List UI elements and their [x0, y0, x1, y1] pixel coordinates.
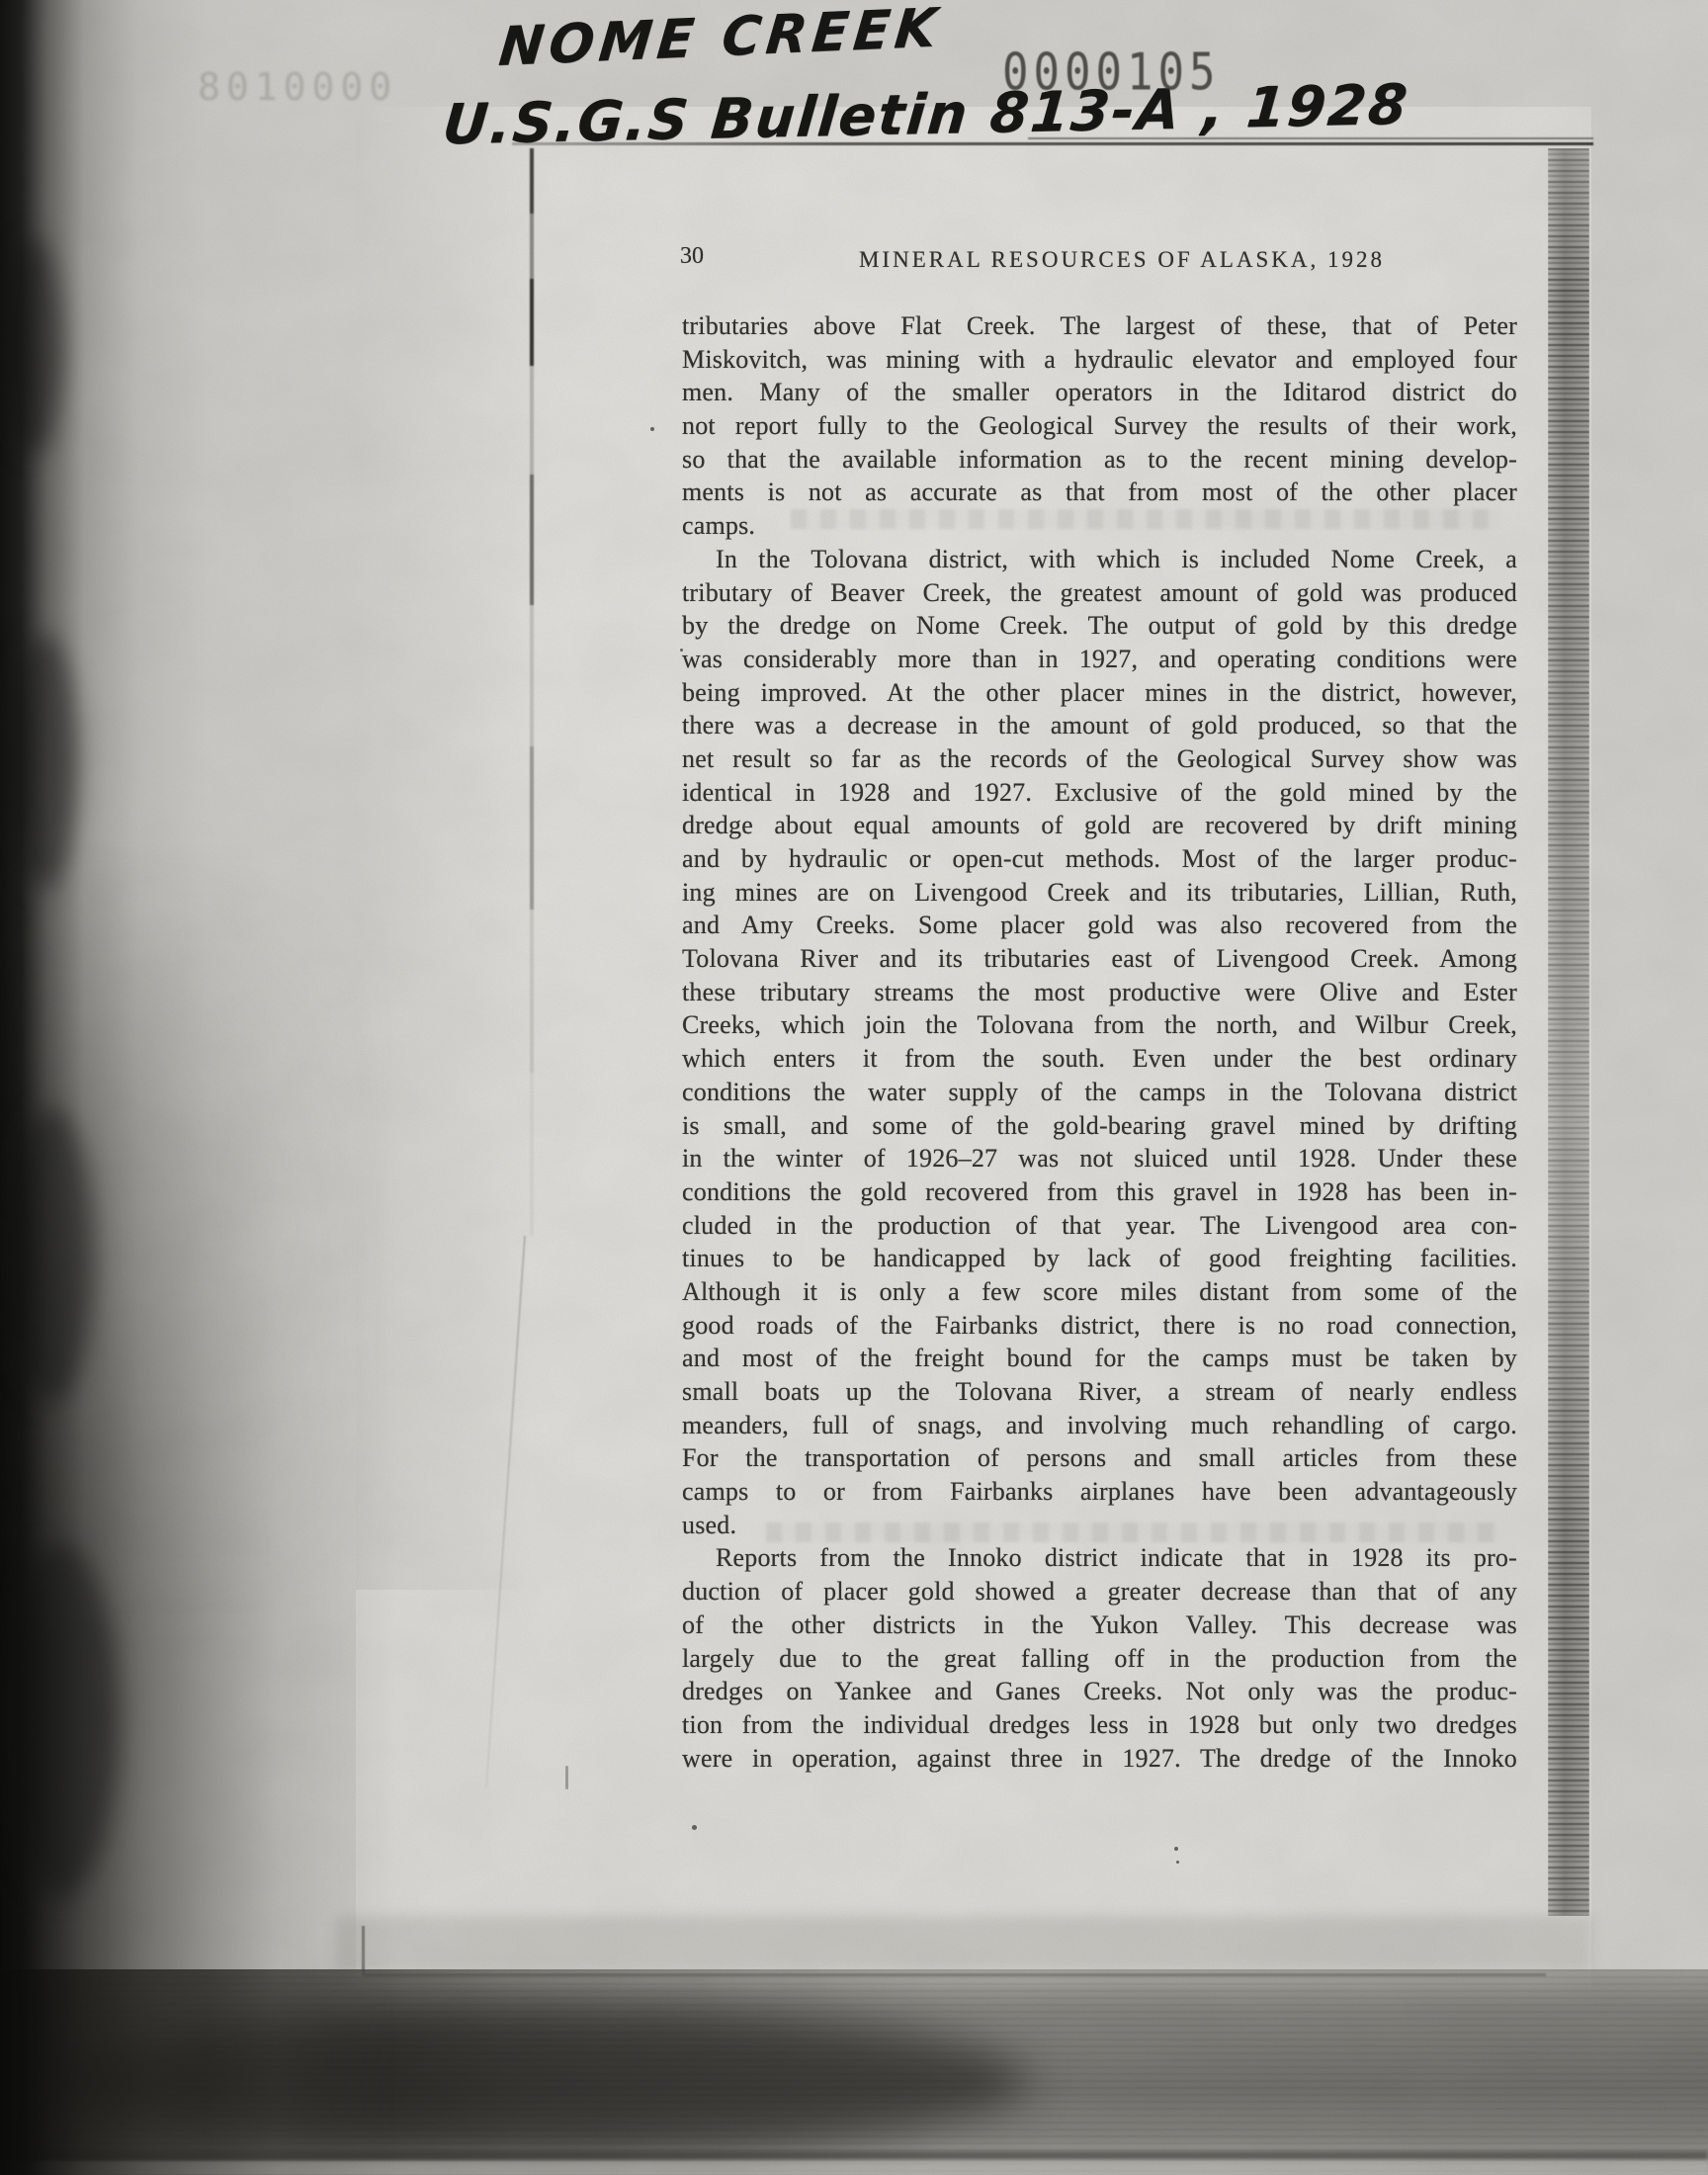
ink-dash-mark: [565, 1766, 568, 1789]
body-text-line: small boats up the Tolovana River, a str…: [682, 1375, 1517, 1409]
body-text-line: ments is not as accurate as that from mo…: [682, 476, 1517, 509]
page-left-fold-line: [530, 148, 534, 1236]
body-text-line: ing mines are on Livengood Creek and its…: [682, 876, 1517, 910]
body-text-line: Miskovitch, was mining with a hydraulic …: [682, 343, 1517, 377]
body-text-line: in the winter of 1926–27 was not sluiced…: [682, 1142, 1517, 1175]
body-text-line: conditions the gold recovered from this …: [682, 1175, 1517, 1209]
ghost-text-smudge: [766, 1522, 1497, 1542]
body-text-line: and Amy Creeks. Some placer gold was als…: [682, 909, 1517, 942]
handwritten-creek-name: NOME CREEK: [496, 0, 944, 78]
body-text-line: Creeks, which join the Tolovana from the…: [682, 1008, 1517, 1042]
body-text-line: there was a decrease in the amount of go…: [682, 709, 1517, 742]
body-text-line: by the dredge on Nome Creek. The output …: [682, 609, 1517, 643]
scan-bottom-transition: [336, 1916, 1591, 1971]
body-text-line: not report fully to the Geological Surve…: [682, 409, 1517, 443]
body-text-line: identical in 1928 and 1927. Exclusive of…: [682, 776, 1517, 810]
scanned-document-page: 30 MINERAL RESOURCES OF ALASKA, 1928 tri…: [0, 0, 1708, 2175]
body-text-line: cluded in the production of that year. T…: [682, 1209, 1517, 1243]
body-text-line: duction of placer gold showed a greater …: [682, 1575, 1517, 1609]
body-text-line: which enters it from the south. Even und…: [682, 1042, 1517, 1076]
scan-shadow-blotch: [0, 1542, 119, 1898]
body-text-line: was considerably more than in 1927, and …: [682, 643, 1517, 676]
body-text-line: is small, and some of the gold-bearing g…: [682, 1109, 1517, 1143]
body-text-line: meanders, full of snags, and involving m…: [682, 1409, 1517, 1442]
body-text-line: being improved. At the other placer mine…: [682, 676, 1517, 710]
body-text-line: men. Many of the smaller operators in th…: [682, 376, 1517, 409]
body-text-line: conditions the water supply of the camps…: [682, 1076, 1517, 1109]
body-text-line: net result so far as the records of the …: [682, 742, 1517, 776]
body-text-line: camps to or from Fairbanks airplanes hav…: [682, 1475, 1517, 1509]
body-text-line: these tributary streams the most product…: [682, 976, 1517, 1009]
body-text-line: For the transportation of persons and sm…: [682, 1441, 1517, 1475]
accession-stamp-number: 0000105: [1002, 43, 1220, 102]
body-text-line: Although it is only a few score miles di…: [682, 1275, 1517, 1309]
body-text-line: and most of the freight bound for the ca…: [682, 1342, 1517, 1375]
body-text-column: tributaries above Flat Creek. The larges…: [682, 309, 1517, 1775]
scan-shadow-blotch: [6, 1107, 95, 1404]
scan-shadow-blotch: [4, 237, 63, 455]
body-text-line: tinues to be handicapped by lack of good…: [682, 1242, 1517, 1275]
running-head-title: MINERAL RESOURCES OF ALASKA, 1928: [692, 247, 1552, 273]
body-text-line: of the other districts in the Yukon Vall…: [682, 1609, 1517, 1642]
ink-speck: [1174, 1847, 1178, 1851]
ink-speck: [680, 649, 683, 652]
ink-speck: [692, 1825, 697, 1830]
body-text-line: tributaries above Flat Creek. The larges…: [682, 309, 1517, 343]
body-text-line: dredges on Yankee and Ganes Creeks. Not …: [682, 1675, 1517, 1708]
ink-speck: [650, 427, 654, 431]
body-text-line: largely due to the great falling off in …: [682, 1642, 1517, 1676]
book-page-edge-hatching: [1548, 148, 1589, 1916]
ink-speck: [1176, 1861, 1179, 1864]
body-text-line: dredge about equal amounts of gold are r…: [682, 809, 1517, 842]
body-text-line: were in operation, against three in 1927…: [682, 1742, 1517, 1776]
body-text-line: tributary of Beaver Creek, the greatest …: [682, 576, 1517, 610]
body-text-line: In the Tolovana district, with which is …: [682, 543, 1517, 576]
body-text-line: so that the available information as to …: [682, 443, 1517, 477]
body-text-line: Tolovana River and its tributaries east …: [682, 942, 1517, 976]
scan-left-shadow-band-lower: [0, 840, 395, 2175]
body-text-line: Reports from the Innoko district indicat…: [682, 1541, 1517, 1575]
scan-shadow-blotch: [10, 633, 79, 890]
body-text-line: and by hydraulic or open-cut methods. Mo…: [682, 842, 1517, 876]
body-text-line: tion from the individual dredges less in…: [682, 1708, 1517, 1742]
ghost-text-smudge: [791, 509, 1502, 529]
body-text-line: good roads of the Fairbanks district, th…: [682, 1309, 1517, 1343]
